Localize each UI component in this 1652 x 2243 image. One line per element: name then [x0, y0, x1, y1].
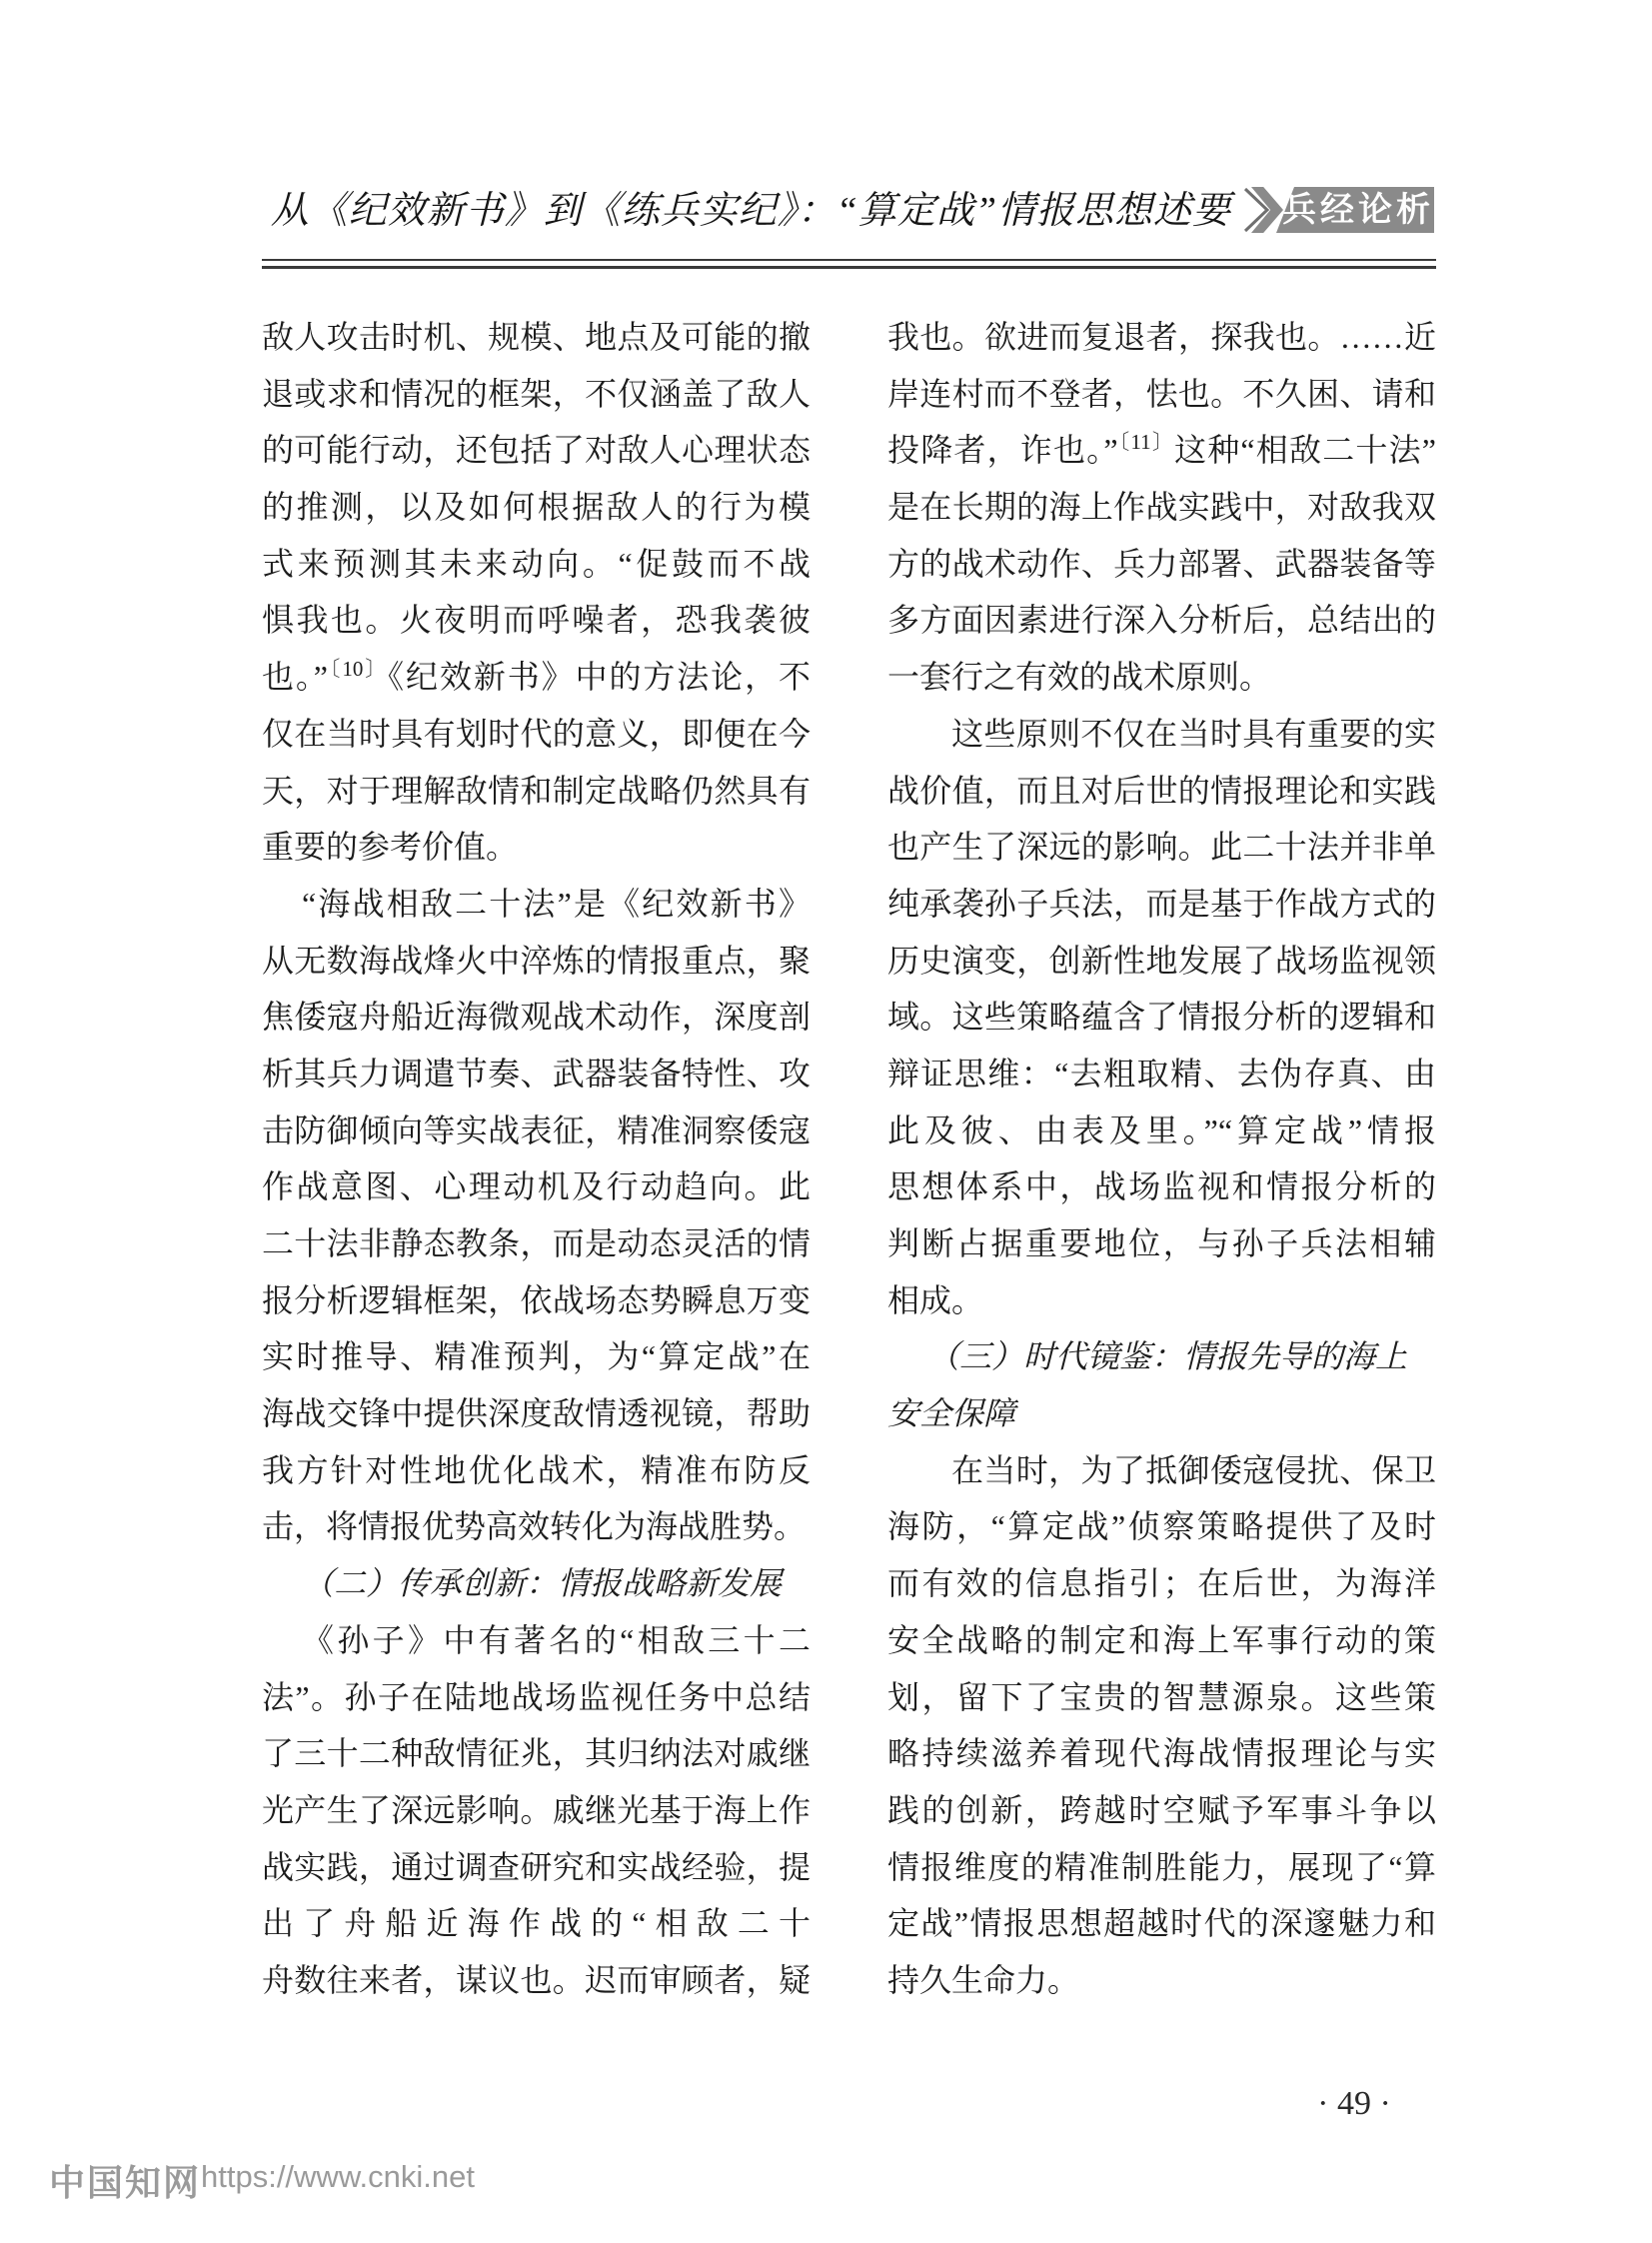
text-line: 划，留下了宝贵的智慧源泉。这些策: [887, 1669, 1436, 1726]
text-line: 的推测，以及如何根据敌人的行为模: [262, 479, 811, 536]
text-line: 出了舟船近海作战的“相敌二十法”。“小: [262, 1895, 811, 1952]
text-segment: 投降者，诈也。”: [887, 432, 1118, 468]
text-line: 击防御倾向等实战表征，精准洞察倭寇: [262, 1103, 811, 1159]
text-segment: 这种“相敌二十法”: [1174, 432, 1436, 468]
subheading-3: （三）时代镜鉴：情报先导的海上: [887, 1328, 1436, 1385]
text-line: 实时推导、精准预判，为“算定战”在: [262, 1328, 811, 1385]
document-page: 从《纪效新书》到《练兵实纪》：“算定战”情报思想述要 兵经论析 敌人攻击时机、规…: [0, 0, 1652, 2243]
text-line: 判断占据重要地位，与孙子兵法相辅: [887, 1215, 1436, 1272]
text-segment: 《纪效新书》中的方法论，不: [388, 659, 811, 695]
text-segment: 也。”: [262, 659, 328, 695]
text-line: 在当时，为了抵御倭寇侵扰、保卫: [887, 1442, 1436, 1499]
subheading-2: （二）传承创新：情报战略新发展: [262, 1555, 811, 1612]
text-line: 击，将情报优势高效转化为海战胜势。: [262, 1498, 811, 1555]
text-line: 法”。孙子在陆地战场监视任务中总结: [262, 1669, 811, 1726]
text-line: 定战”情报思想超越时代的深邃魅力和: [887, 1895, 1436, 1952]
text-line: 战实践，通过调查研究和实战经验，提: [262, 1839, 811, 1896]
text-line: 方的战术动作、兵力部署、武器装备等: [887, 536, 1436, 593]
text-line: 相成。: [887, 1272, 1436, 1329]
text-line: 我也。欲进而复退者，探我也。……近: [887, 309, 1436, 366]
text-line: 二十法非静态教条，而是动态灵活的情: [262, 1215, 811, 1272]
text-line: 舟数往来者，谋议也。迟而审顾者，疑: [262, 1952, 811, 2009]
footnote-ref-10: 〔10〕: [328, 657, 388, 681]
text-line: 《孙子》中有著名的“相敌三十二: [262, 1612, 811, 1669]
text-line: 情报维度的精准制胜能力，展现了“算: [887, 1839, 1436, 1896]
text-line: 报分析逻辑框架，依战场态势瞬息万变: [262, 1272, 811, 1329]
text-line: 这些原则不仅在当时具有重要的实: [887, 706, 1436, 763]
text-line: 安全战略的制定和海上军事行动的策: [887, 1612, 1436, 1669]
text-line: 而有效的信息指引；在后世，为海洋: [887, 1555, 1436, 1612]
text-line: 作战意图、心理动机及行动趋向。此: [262, 1158, 811, 1215]
text-line: 域。这些策略蕴含了情报分析的逻辑和: [887, 989, 1436, 1046]
text-line: 析其兵力调遣节奏、武器装备特性、攻: [262, 1046, 811, 1103]
text-line: 辩证思维：“去粗取精、去伪存真、由: [887, 1046, 1436, 1103]
text-line: 的可能行动，还包括了对敌人心理状态: [262, 422, 811, 479]
text-line: 我方针对性地优化战术，精准布防反: [262, 1442, 811, 1499]
section-badge: 兵经论析: [1276, 187, 1434, 233]
text-line: 战价值，而且对后世的情报理论和实践: [887, 763, 1436, 820]
text-line: 持久生命力。: [887, 1952, 1436, 2009]
text-line: 光产生了深远影响。戚继光基于海上作: [262, 1782, 811, 1839]
text-line-with-footnote: 也。”〔10〕《纪效新书》中的方法论，不: [262, 649, 811, 706]
text-line: 式来预测其未来动向。“促鼓而不战者，: [262, 536, 811, 593]
text-line: 焦倭寇舟船近海微观战术动作，深度剖: [262, 989, 811, 1046]
text-line: 海战交锋中提供深度敌情透视镜，帮助: [262, 1385, 811, 1442]
text-line: 践的创新，跨越时空赋予军事斗争以: [887, 1782, 1436, 1839]
text-line: 天，对于理解敌情和制定战略仍然具有: [262, 763, 811, 820]
cnki-logo-text: 中国知网: [49, 2155, 201, 2206]
text-line: 思想体系中，战场监视和情报分析的: [887, 1158, 1436, 1215]
running-head-title: 从《纪效新书》到《练兵实纪》：“算定战”情报思想述要: [271, 186, 1231, 236]
text-line: 重要的参考价值。: [262, 819, 811, 876]
cnki-url: https://www.cnki.net: [201, 2159, 475, 2195]
text-line: 退或求和情况的框架，不仅涵盖了敌人: [262, 366, 811, 423]
text-line: 历史演变，创新性地发展了战场监视领: [887, 933, 1436, 990]
text-line: 敌人攻击时机、规模、地点及可能的撤: [262, 309, 811, 366]
text-line: 是在长期的海上作战实践中，对敌我双: [887, 479, 1436, 536]
text-line: 一套行之有效的战术原则。: [887, 649, 1436, 706]
text-line: 惧我也。火夜明而呼噪者，恐我袭彼: [262, 592, 811, 649]
text-line: 多方面因素进行深入分析后，总结出的: [887, 592, 1436, 649]
right-column: 我也。欲进而复退者，探我也。……近 岸连村而不登者，怯也。不久困、请和 投降者，…: [887, 309, 1436, 2009]
text-line-with-footnote: 投降者，诈也。”〔11〕这种“相敌二十法”: [887, 422, 1436, 479]
text-line: 了三十二种敌情征兆，其归纳法对戚继: [262, 1725, 811, 1782]
text-line: 岸连村而不登者，怯也。不久困、请和: [887, 366, 1436, 423]
subheading-3-cont: 安全保障: [887, 1385, 1436, 1442]
text-line: 海防，“算定战”侦察策略提供了及时: [887, 1498, 1436, 1555]
text-line: 略持续滋养着现代海战情报理论与实: [887, 1725, 1436, 1782]
footnote-ref-11: 〔11〕: [1118, 430, 1174, 454]
page-number: · 49 ·: [1304, 2085, 1404, 2123]
text-line: 也产生了深远的影响。此二十法并非单: [887, 819, 1436, 876]
header-rule: [262, 259, 1436, 269]
text-line: 从无数海战烽火中淬炼的情报重点，聚: [262, 933, 811, 990]
text-line: “海战相敌二十法”是《纪效新书》: [262, 876, 811, 933]
text-line: 纯承袭孙子兵法，而是基于作战方式的: [887, 876, 1436, 933]
text-line: 此及彼、由表及里。”“算定战”情报: [887, 1103, 1436, 1159]
text-line: 仅在当时具有划时代的意义，即便在今: [262, 706, 811, 763]
left-column: 敌人攻击时机、规模、地点及可能的撤 退或求和情况的框架，不仅涵盖了敌人 的可能行…: [262, 309, 811, 2009]
